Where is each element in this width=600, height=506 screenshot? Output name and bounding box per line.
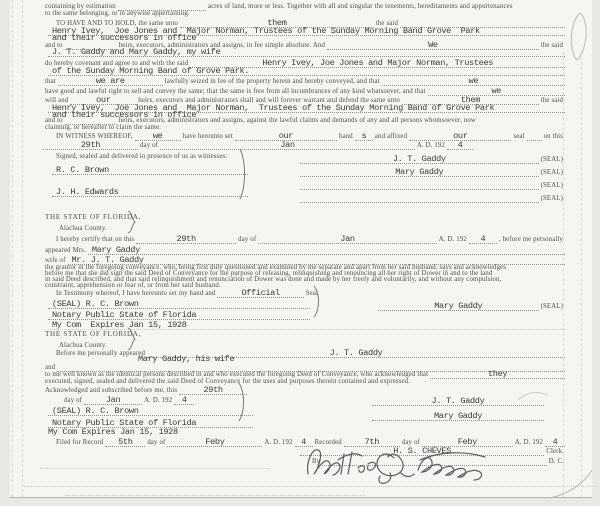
filled-blank: 29th — [43, 139, 138, 150]
typed-entry: Mary Gaddy — [434, 411, 482, 421]
typed-entry: Notary Public State of Florida — [52, 310, 196, 320]
filled-blank: R. C. Brown — [52, 164, 248, 175]
printed-text: day of — [138, 141, 160, 150]
typed-entry: 4 — [182, 395, 187, 405]
binding-fold-line — [22, 0, 23, 497]
binding-fold-line — [12, 0, 13, 497]
typed-entry: 29th — [203, 385, 222, 395]
printed-text: day of — [62, 396, 84, 405]
filled-blank: they — [430, 368, 565, 379]
typed-entry: Jan — [340, 234, 354, 244]
filled-blank: we are — [58, 75, 163, 86]
printed-text: (SEAL) — [539, 302, 565, 311]
right-margin-fold-line — [581, 52, 582, 497]
form-line — [65, 486, 365, 496]
printed-text: A. D. 192 — [415, 141, 447, 150]
printed-text: on this — [542, 132, 565, 141]
printed-text: A. D. 192 — [262, 438, 294, 447]
filled-blank: 4 — [447, 139, 473, 150]
document-page: containing by estimationacres of land, m… — [10, 0, 592, 498]
printed-text: acres of land, more or less. Together wi… — [206, 2, 515, 11]
typed-entry: Notary Public State of Florida — [52, 418, 196, 428]
form-line: day ofJanA. D. 1924 — [62, 395, 247, 405]
typed-entry: My Com Expires Jan 15, 1928 — [52, 320, 187, 330]
typed-entry: Mary Gaddy — [92, 245, 140, 255]
printed-text: (SEAL) — [539, 194, 565, 203]
filled-blank: 4 — [174, 394, 194, 405]
printed-text: A. D. 192 — [142, 396, 174, 405]
filled-blank: Jan — [84, 394, 142, 405]
form-line: Mary Gaddy — [372, 411, 544, 421]
form-line: Mary Gaddy(SEAL) — [300, 167, 565, 177]
form-line: Alachua County. — [57, 223, 109, 233]
filled-blank: Mary Gaddy — [372, 410, 544, 421]
printed-text: day of — [236, 235, 258, 244]
typed-entry: we are — [96, 76, 125, 86]
typed-entry: 4 — [553, 437, 558, 447]
printed-text: (SEAL) — [539, 181, 565, 190]
form-line: Signed, sealed and delivered in presence… — [54, 151, 229, 161]
printed-text: seal — [511, 132, 526, 141]
blank-line — [65, 485, 365, 496]
typed-entry: J. T. Gaddy — [330, 348, 383, 358]
printed-text: , before me personally — [497, 235, 565, 244]
form-line: Mary Gaddy(SEAL) — [378, 301, 565, 311]
printed-text: heirs, executors, administrators and ass… — [117, 116, 478, 125]
filled-blank: 4 — [469, 233, 497, 244]
blank-line — [300, 179, 539, 190]
blank-line — [300, 192, 539, 203]
form-line: (SEAL) R. C. Brown — [48, 406, 253, 416]
typed-entry: Official — [241, 288, 279, 298]
printed-text: Filed for Record — [54, 438, 105, 447]
form-line: (SEAL) — [300, 193, 565, 203]
typed-entry: Mary Gaddy — [395, 167, 443, 177]
page-corner-curl — [548, 468, 596, 500]
form-line: R. C. Brown — [52, 165, 248, 175]
typed-entry: 4 — [481, 234, 486, 244]
typed-entry: J. H. Edwards — [56, 187, 119, 197]
form-line — [40, 459, 270, 469]
filled-blank: J. T. Gaddy and Mary Gaddy, my wife — [48, 46, 352, 57]
filled-blank: Jan — [258, 233, 437, 244]
filled-blank: Official — [217, 287, 303, 298]
typed-entry: J. T. Gaddy — [393, 154, 446, 164]
filled-blank: Feby — [167, 436, 262, 447]
typed-entry: Mary Gaddy — [434, 301, 482, 311]
filled-blank: Mary Gaddy — [300, 166, 539, 177]
printed-text: Alachua County. — [57, 224, 109, 233]
filled-blank: J. T. Gaddy — [300, 153, 539, 164]
typed-entry: J. T. Gaddy — [432, 396, 485, 406]
form-line: 29thday ofJanA. D. 1924 — [43, 140, 473, 150]
form-brace — [238, 383, 248, 423]
typed-entry: R. C. Brown — [56, 165, 109, 175]
blank-line — [527, 130, 542, 141]
scanned-deed-document: { "colors":{"paper":"#f6f5f1","backgroun… — [0, 0, 600, 506]
pencil-mark — [516, 388, 550, 404]
filled-blank: J. H. Edwards — [52, 186, 248, 197]
filled-blank: (SEAL) R. C. Brown — [48, 298, 310, 309]
typed-entry: 4 — [458, 140, 463, 150]
typed-entry: Jan — [106, 395, 120, 405]
printed-text: (SEAL) — [539, 168, 565, 177]
form-line: In Testimony whereof, I have hereunto se… — [54, 288, 320, 298]
typed-entry: of the Sunday Morning Band of Grove Park… — [52, 66, 249, 76]
typed-entry: we — [469, 76, 479, 86]
printed-text: that — [43, 77, 58, 86]
typed-entry: 29th — [177, 234, 196, 244]
form-brace — [128, 328, 138, 352]
typed-entry: they — [488, 369, 507, 379]
printed-text: to the same belonging, or in anywise app… — [43, 9, 192, 18]
form-line: (SEAL) — [300, 180, 565, 190]
typed-entry: Jan — [280, 140, 294, 150]
right-margin-fold-line — [563, 52, 564, 497]
printed-text: lawfully seized in fee of the property h… — [163, 77, 382, 86]
typed-entry: 29th — [81, 140, 100, 150]
form-brace — [239, 149, 249, 201]
form-line: to the same belonging, or in anywise app… — [43, 8, 192, 18]
typed-entry: (SEAL) R. C. Brown — [52, 299, 139, 309]
typed-entry: Feby — [205, 437, 224, 447]
form-line: J. T. Gaddy and Mary Gaddy, my wife — [48, 47, 565, 57]
form-line: (SEAL) R. C. Brown — [48, 299, 310, 309]
pencil-mark — [560, 10, 594, 66]
printed-text: In Testimony whereof, I have hereunto se… — [54, 289, 217, 298]
printed-text: (SEAL) — [539, 155, 565, 164]
printed-text: A. D. 192 — [437, 235, 469, 244]
filled-blank: Mary Gaddy — [378, 300, 539, 311]
form-brace — [313, 286, 323, 319]
printed-text: day of — [145, 438, 167, 447]
typed-entry: 5th — [118, 437, 132, 447]
filled-blank: (SEAL) R. C. Brown — [48, 405, 253, 416]
filled-blank: Jan — [160, 139, 415, 150]
form-line: J. T. Gaddy(SEAL) — [300, 154, 565, 164]
blank-line — [40, 458, 270, 469]
filled-blank: 29th — [136, 233, 236, 244]
form-line: J. H. Edwards — [52, 187, 248, 197]
form-line: Acknowledged and subscribed before me, t… — [43, 385, 247, 395]
typed-entry: J. T. Gaddy and Mary Gaddy, my wife — [52, 47, 220, 57]
form-brace — [128, 211, 138, 235]
printed-text: Signed, sealed and delivered in presence… — [54, 152, 229, 161]
typed-entry: (SEAL) R. C. Brown — [52, 406, 139, 416]
form-line: I hereby certify that on this29thday ofJ… — [54, 234, 565, 244]
filled-blank: 5th — [105, 436, 145, 447]
blank-line — [352, 46, 565, 57]
printed-text: I hereby certify that on this — [54, 235, 136, 244]
clerk-signature — [302, 440, 492, 484]
